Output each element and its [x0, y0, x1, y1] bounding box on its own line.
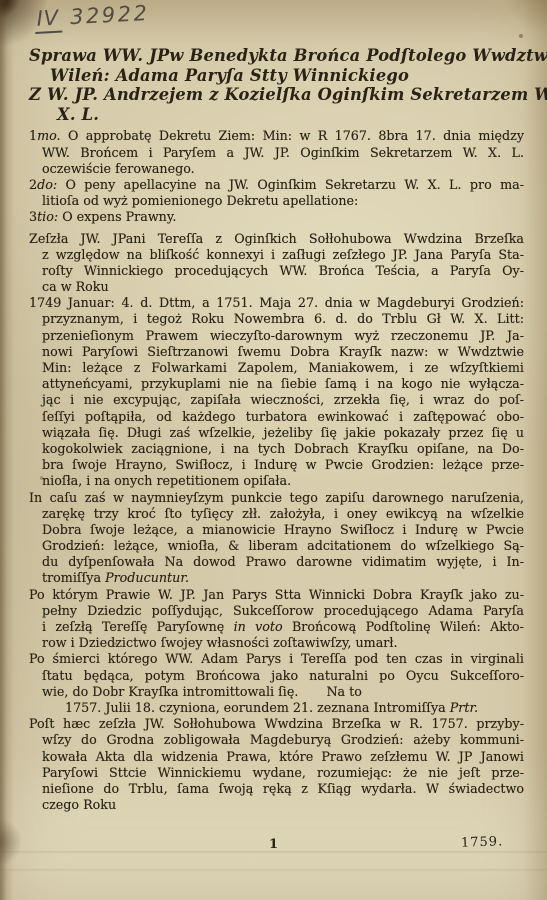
- line-fragment: tromiſſya: [42, 570, 101, 585]
- text-line: z względow na bliſkość konnexyi i zaſług…: [29, 247, 524, 263]
- text-line: wſzy do Grodna zobligowała Magdeburyą Gr…: [29, 732, 524, 748]
- item-marker-suffix: do:: [37, 177, 57, 192]
- text-line: 1757. Julii 18. czyniona, eorundem 21. z…: [29, 700, 524, 716]
- claim-item-1: 1mo. O approbatę Dekretu Ziem: Min: w R …: [29, 128, 524, 177]
- title-line: Wileń: Adama Paryſa Stty Winnickiego: [29, 66, 524, 86]
- latin-term: Producuntur.: [105, 570, 189, 585]
- text-line: row i Dziedzictwo ſwojey własności zoſta…: [29, 635, 524, 651]
- text-line: nowi Paryſowi Sieſtrzanowi ſwemu Dobra K…: [29, 344, 524, 360]
- text-line: Dobra ſwoje leżące, a mianowicie Hrayno …: [29, 522, 524, 538]
- case-title: Sprawa WW. JPw Benedykta Brońca Podſtole…: [29, 46, 524, 124]
- item-text: O approbatę Dekretu Ziem: Min: w R 1767.…: [68, 128, 524, 143]
- text-line: litioſa od wyż pomienionego Dekretu apel…: [29, 193, 524, 209]
- paragraph-in-casu-penalty: In caſu zaś w naymnieyſzym punkcie tego …: [29, 490, 524, 587]
- item-marker-number: 2: [29, 177, 37, 192]
- text-line: ſeſſyi poſtąpiła, od każdego turbatora e…: [29, 409, 524, 425]
- text-line: kowała Akta dla widzenia Prawa, które Pr…: [29, 749, 524, 765]
- item-text: O peny apellacyine na JW. Oginſkim Sekre…: [66, 177, 524, 192]
- text-line: nieſione do Trblu, ſama ſwoją ręką z Kſi…: [29, 781, 524, 797]
- text-line: 3tio: O expens Prawny.: [29, 209, 524, 225]
- item-marker-number: 3: [29, 209, 37, 224]
- paper-speck: [519, 34, 523, 38]
- claim-item-3: 3tio: O expens Prawny.: [29, 209, 524, 225]
- text-line: 2do: O peny apellacyine na JW. Oginſkim …: [29, 177, 524, 193]
- paragraph-intromission: Po śmierci którego WW. Adam Parys i Tere…: [29, 651, 524, 716]
- scanned-document-page: IV32922 Sprawa WW. JPw Benedykta Brońca …: [0, 0, 547, 900]
- title-line: Sprawa WW. JPw Benedykta Brońca Podſtole…: [29, 46, 524, 66]
- text-line: czego Roku: [29, 797, 524, 813]
- text-line: przenieſionym Prawem wieczyſto-darownym …: [29, 328, 524, 344]
- item-marker-suffix: tio:: [37, 209, 58, 224]
- text-line: 1mo. O approbatę Dekretu Ziem: Min: w R …: [29, 128, 524, 144]
- text-line: attyneńcyami, przykuplami nie na ſiebie …: [29, 376, 524, 392]
- item-marker-suffix: mo.: [37, 128, 60, 143]
- text-line: In caſu zaś w naymnieyſzym punkcie tego …: [29, 490, 524, 506]
- text-line: Poſt hæc zeſzła JW. Sołłohubowa Wwdzina …: [29, 716, 524, 732]
- handwritten-catalog-number: IV32922: [34, 1, 150, 31]
- latin-term: Prtr.: [450, 700, 478, 715]
- paragraph-jan-parys-death: Po którym Prawie W. JP. Jan Parys Stta W…: [29, 587, 524, 652]
- text-line: Paryſowi Sttcie Winnickiemu wydane, rozu…: [29, 765, 524, 781]
- item-marker-number: 1: [29, 128, 37, 143]
- text-line: jąc i nie excypując, zapiſała wieczności…: [29, 392, 524, 408]
- line-fragment: wie, do Dobr Krayſka intromittowali ſię.: [42, 684, 298, 699]
- text-line: Grodzień: leżące, wnioſła, & liberam adc…: [29, 538, 524, 554]
- text-line: ſtatu będąca, potym Brońcowa jako natura…: [29, 668, 524, 684]
- text-line: ca w Roku: [29, 279, 524, 295]
- text-line: wie, do Dobr Krayſka intromittowali ſię.…: [29, 684, 524, 700]
- line-fragment: Brońcową Podſtolinę Wileń: Akto-: [292, 619, 524, 634]
- catchword-year: 1759.: [461, 834, 504, 850]
- document-body: 1mo. O approbatę Dekretu Ziem: Min: w R …: [29, 128, 524, 813]
- text-line: kogokolwiek zaciągnione, i na tych Dobra…: [29, 441, 524, 457]
- paragraph-post-haec-grodno: Poſt hæc zeſzła JW. Sołłohubowa Wwdzina …: [29, 716, 524, 813]
- text-line: roſty Winnickiego procedujących WW. Broń…: [29, 263, 524, 279]
- text-line: 1749 Januar: 4. d. Dttm, a 1751. Maja 27…: [29, 295, 524, 311]
- item-text: O expens Prawny.: [62, 209, 176, 224]
- text-block: Sprawa WW. JPw Benedykta Brońca Podſtole…: [29, 46, 524, 813]
- text-line: Zeſzła JW. JPani Tereſſa z Oginſkich Soł…: [29, 231, 524, 247]
- title-line: X. L.: [29, 105, 524, 125]
- title-line: Z W. JP. Andrzejem z Kozielſka Oginſkim …: [29, 85, 524, 105]
- catalog-roman-numeral: IV: [34, 6, 62, 34]
- text-line: Po którym Prawie W. JP. Jan Parys Stta W…: [29, 587, 524, 603]
- text-line: zarękę trzy kroć ſto tyſięcy złł. założy…: [29, 506, 524, 522]
- line-fragment: Na to: [326, 684, 361, 699]
- latin-term: in voto: [234, 619, 283, 634]
- paper-stain-top-right: [500, 0, 547, 32]
- paragraph-teressa-donation: Zeſzła JW. JPani Tereſſa z Oginſkich Soł…: [29, 231, 524, 296]
- catalog-number: 32922: [70, 1, 150, 29]
- line-fragment: i zeſzłą Tereſſę Paryſownę: [42, 619, 224, 634]
- text-line: Min: leżące z Folwarkami Zapolem, Maniak…: [29, 360, 524, 376]
- line-fragment: 1757. Julii 18. czyniona, eorundem 21. z…: [65, 700, 446, 715]
- paper-crease: [0, 869, 547, 872]
- paragraph-1749-deed: 1749 Januar: 4. d. Dttm, a 1751. Maja 27…: [29, 295, 524, 489]
- text-line: przyznanym, i tegoż Roku Nowembra 6. d. …: [29, 311, 524, 327]
- text-line: tromiſſya Producuntur.: [29, 570, 524, 586]
- text-line: Po śmierci którego WW. Adam Parys i Tere…: [29, 651, 524, 667]
- text-line: du dyſpenſowała Na dowod Prawo darowne v…: [29, 554, 524, 570]
- text-line: pełny Dziedzic poſſydując, Sukceſſorow p…: [29, 603, 524, 619]
- text-line: WW. Brońcem i Paryſem a JW. JP. Oginſkim…: [29, 145, 524, 161]
- claim-item-2: 2do: O peny apellacyine na JW. Oginſkim …: [29, 177, 524, 209]
- text-line: i zeſzłą Tereſſę Paryſownę in voto Brońc…: [29, 619, 524, 635]
- text-line: bra ſwoje Hrayno, Swiſłocz, i Indurę w P…: [29, 457, 524, 473]
- text-line: wiązała ſię. Długi zaś wſzelkie, jeżelib…: [29, 425, 524, 441]
- text-line: nioſła, i na onych repetitionem opiſała.: [29, 473, 524, 489]
- paper-edge-shadow-left: [0, 0, 7, 900]
- text-line: oczewiście ferowanego.: [29, 161, 524, 177]
